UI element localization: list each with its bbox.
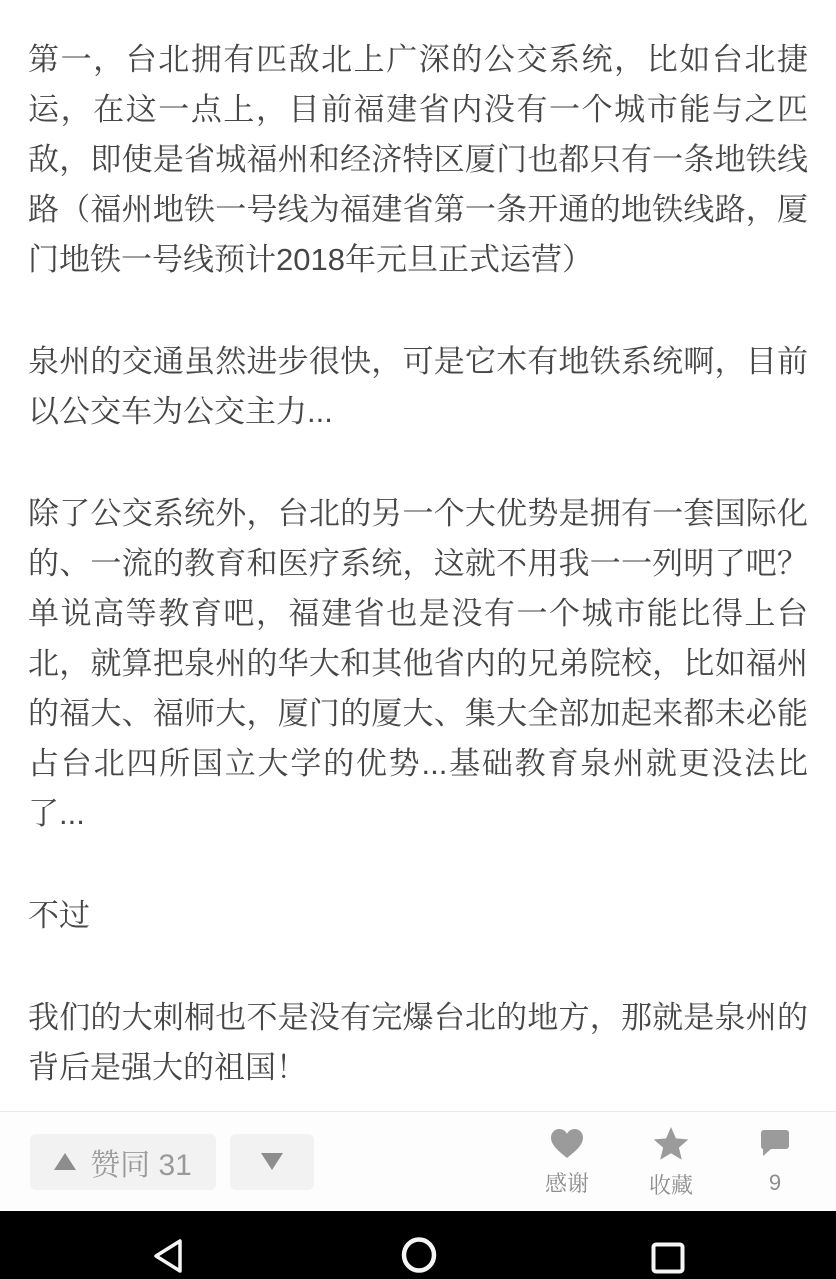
thank-button[interactable]: 感谢 [542,1128,592,1195]
favorite-label: 收藏 [649,1175,693,1197]
upvote-label: 赞同 31 [90,1140,192,1184]
triangle-down-icon [261,1153,283,1170]
favorite-button[interactable]: 收藏 [646,1127,696,1197]
recents-button[interactable] [651,1242,685,1279]
thank-label: 感谢 [545,1173,589,1195]
answer-action-bar: 赞同 31 感谢 收藏 [0,1111,836,1211]
paragraph: 除了公交系统外，台北的另一个大优势是拥有一套国际化的、一流的教育和医疗系统，这就… [28,489,808,839]
comment-bubble-icon [761,1130,789,1163]
back-button[interactable] [152,1237,184,1279]
upvote-button[interactable]: 赞同 31 [30,1134,216,1190]
star-icon [653,1127,689,1166]
paragraph: 泉州的交通虽然进步很快，可是它木有地铁系统啊，目前以公交车为公交主力... [28,337,808,437]
app-screen: 第一，台北拥有匹敌北上广深的公交系统，比如台北捷运，在这一点上，目前福建省内没有… [0,0,836,1279]
paragraph: 不过 [28,891,808,941]
android-navigation-bar [0,1211,836,1279]
paragraph: 第一，台北拥有匹敌北上广深的公交系统，比如台北捷运，在这一点上，目前福建省内没有… [28,35,808,285]
home-button[interactable] [401,1237,437,1278]
heart-icon [550,1128,584,1164]
comments-button[interactable]: 9 [750,1130,800,1194]
downvote-button[interactable] [230,1134,314,1190]
triangle-up-icon [54,1153,76,1170]
comment-count: 9 [769,1172,781,1194]
answer-content: 第一，台北拥有匹敌北上广深的公交系统，比如台北捷运，在这一点上，目前福建省内没有… [0,0,836,1111]
paragraph: 我们的大刺桐也不是没有完爆台北的地方，那就是泉州的背后是强大的祖国！ [28,993,808,1093]
